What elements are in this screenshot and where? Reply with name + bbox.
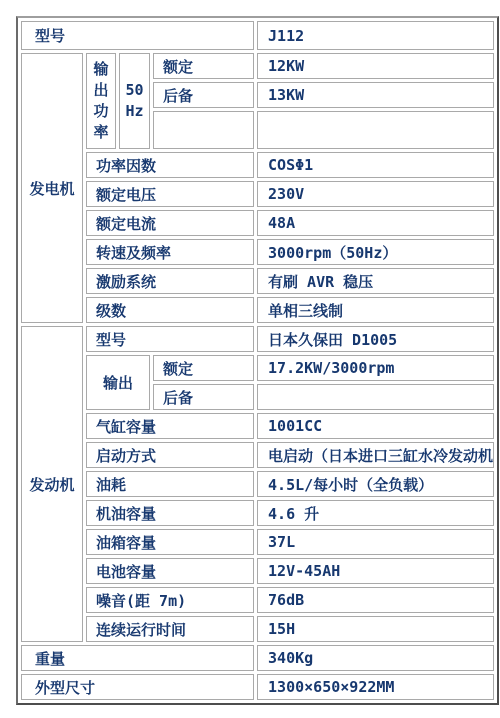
engine-output-label: 输出: [86, 355, 150, 410]
fuel-consumption-label: 油耗: [86, 471, 254, 497]
tank-capacity-label: 油箱容量: [86, 529, 254, 555]
noise-label: 噪音(距 7m): [86, 587, 254, 613]
engine-model-value: 日本久保田 D1005: [257, 326, 494, 352]
oil-capacity-label: 机油容量: [86, 500, 254, 526]
engine-displacement-row: 气缸容量 1001CC: [21, 413, 494, 439]
engine-oil-capacity-row: 机油容量 4.6 升: [21, 500, 494, 526]
generator-rated-voltage-row: 额定电压 230V: [21, 181, 494, 207]
generator-excitation-row: 激励系统 有刷 AVR 稳压: [21, 268, 494, 294]
engine-runtime-row: 连续运行时间 15H: [21, 616, 494, 642]
excitation-label: 激励系统: [86, 268, 254, 294]
noise-value: 76dB: [257, 587, 494, 613]
dimension-row: 外型尺寸 1300×650×922MM: [21, 674, 494, 700]
generator-speed-freq-row: 转速及频率 3000rpm（50Hz）: [21, 239, 494, 265]
engine-output-rated-value: 17.2KW/3000rpm: [257, 355, 494, 381]
dimension-value: 1300×650×922MM: [257, 674, 494, 700]
generator-phase-row: 级数 单相三线制: [21, 297, 494, 323]
generator-output-empty-value: [257, 111, 494, 149]
generator-output-rated-label: 额定: [153, 53, 254, 79]
engine-tank-capacity-row: 油箱容量 37L: [21, 529, 494, 555]
engine-noise-row: 噪音(距 7m) 76dB: [21, 587, 494, 613]
speed-freq-value: 3000rpm（50Hz）: [257, 239, 494, 265]
power-factor-label: 功率因数: [86, 152, 254, 178]
start-mode-value: 电启动（日本进口三缸水冷发动机）: [257, 442, 494, 468]
generator-output-standby-value: 13KW: [257, 82, 494, 108]
model-value: J112: [257, 21, 494, 50]
generator-rated-current-row: 额定电流 48A: [21, 210, 494, 236]
runtime-value: 15H: [257, 616, 494, 642]
rated-voltage-label: 额定电压: [86, 181, 254, 207]
speed-freq-label: 转速及频率: [86, 239, 254, 265]
engine-output-standby-label: 后备: [153, 384, 254, 410]
engine-start-mode-row: 启动方式 电启动（日本进口三缸水冷发动机）: [21, 442, 494, 468]
battery-value: 12V-45AH: [257, 558, 494, 584]
weight-label: 重量: [21, 645, 254, 671]
weight-row: 重量 340Kg: [21, 645, 494, 671]
engine-model-label: 型号: [86, 326, 254, 352]
oil-capacity-value: 4.6 升: [257, 500, 494, 526]
model-row: 型号 J112: [21, 21, 494, 50]
rated-current-value: 48A: [257, 210, 494, 236]
model-label: 型号: [21, 21, 254, 50]
engine-output-rated-label: 额定: [153, 355, 254, 381]
battery-label: 电池容量: [86, 558, 254, 584]
displacement-label: 气缸容量: [86, 413, 254, 439]
engine-model-row: 发动机 型号 日本久保田 D1005: [21, 326, 494, 352]
rated-voltage-value: 230V: [257, 181, 494, 207]
spec-table: 型号 J112 发电机 输出功率 50 Hz 额定 12KW 后备 13KW 功…: [16, 16, 499, 705]
weight-value: 340Kg: [257, 645, 494, 671]
generator-power-factor-row: 功率因数 COSΦ1: [21, 152, 494, 178]
displacement-value: 1001CC: [257, 413, 494, 439]
engine-output-rated-row: 输出 额定 17.2KW/3000rpm: [21, 355, 494, 381]
generator-output-rated-value: 12KW: [257, 53, 494, 79]
excitation-value: 有刷 AVR 稳压: [257, 268, 494, 294]
power-factor-value: COSΦ1: [257, 152, 494, 178]
engine-fuel-consumption-row: 油耗 4.5L/每小时（全负载）: [21, 471, 494, 497]
phase-label: 级数: [86, 297, 254, 323]
rated-current-label: 额定电流: [86, 210, 254, 236]
generator-output-power-label: 输出功率: [86, 53, 116, 149]
engine-section-label: 发动机: [21, 326, 83, 642]
tank-capacity-value: 37L: [257, 529, 494, 555]
engine-battery-row: 电池容量 12V-45AH: [21, 558, 494, 584]
generator-output-rated-row: 发电机 输出功率 50 Hz 额定 12KW: [21, 53, 494, 79]
dimension-label: 外型尺寸: [21, 674, 254, 700]
phase-value: 单相三线制: [257, 297, 494, 323]
generator-output-freq-label: 50 Hz: [119, 53, 150, 149]
generator-section-label: 发电机: [21, 53, 83, 323]
start-mode-label: 启动方式: [86, 442, 254, 468]
engine-output-standby-value: [257, 384, 494, 410]
runtime-label: 连续运行时间: [86, 616, 254, 642]
fuel-consumption-value: 4.5L/每小时（全负载）: [257, 471, 494, 497]
generator-output-standby-label: 后备: [153, 82, 254, 108]
generator-output-empty-label: [153, 111, 254, 149]
